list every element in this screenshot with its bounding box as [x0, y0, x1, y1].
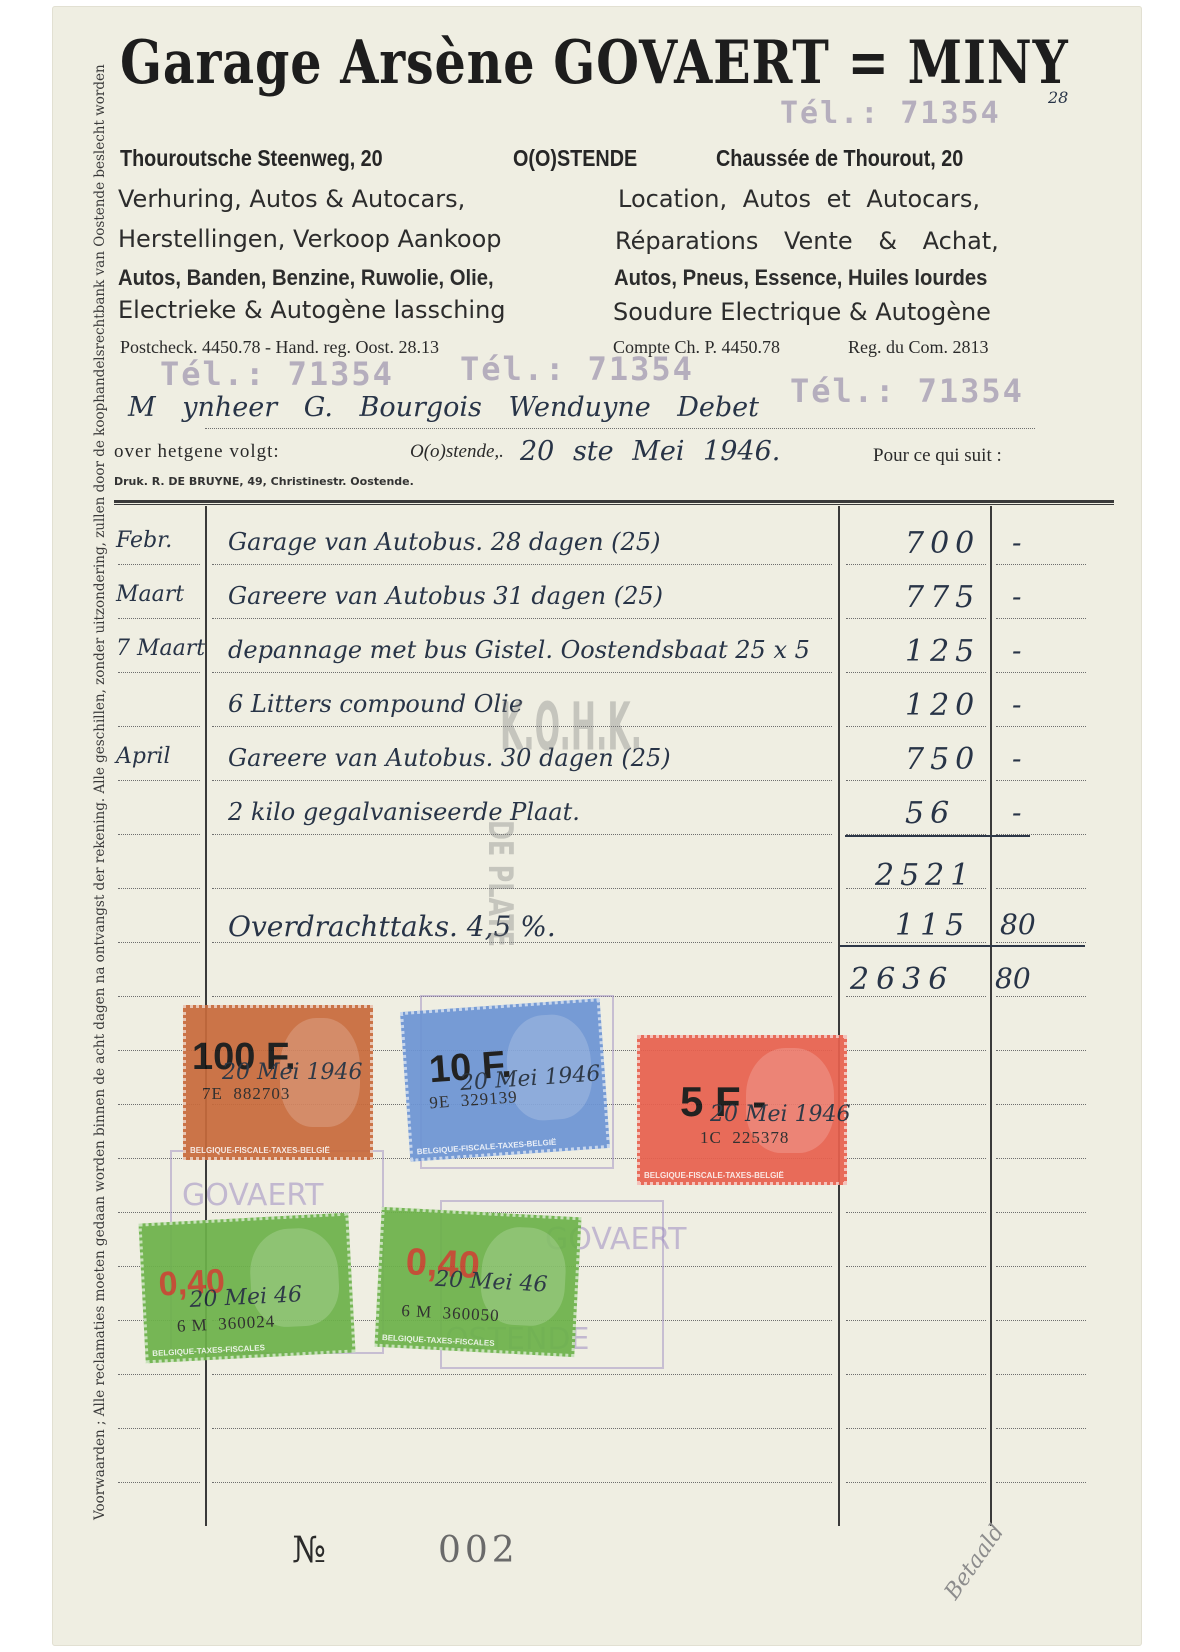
side-conditions: Voorwaarden ; Alle reclamaties moeten ge…	[92, 520, 108, 1520]
stamp-serial: 1C 225378	[700, 1128, 789, 1148]
stamp-serial: 6 M 360050	[401, 1301, 500, 1326]
label-fr: Pour ce qui suit :	[873, 445, 1002, 467]
tax-amount: 115	[895, 908, 970, 943]
stamp-cancel-handwriting: 20 Mei 1946	[710, 1102, 851, 1127]
ruled-line	[996, 1158, 1086, 1159]
service-line: Réparations Vente & Achat,	[615, 227, 999, 255]
ruled-line	[118, 618, 200, 619]
stamp-serial-number: 882703	[233, 1084, 290, 1103]
ruled-line	[996, 1212, 1086, 1213]
phone-stamp: Tél.: 71354	[160, 355, 394, 393]
cancel-stamp-text: GOVAERT	[182, 1178, 323, 1213]
subtotal-rule	[845, 835, 1030, 837]
service-line: Autos, Banden, Benzine, Ruwolie, Olie,	[118, 265, 494, 291]
phone-stamp: Tél.: 71354	[460, 350, 694, 388]
row-month: Febr.	[116, 528, 172, 553]
ruled-line	[846, 1104, 986, 1105]
ruled-line	[996, 618, 1086, 619]
phone-stamp: Tél.: 71354	[780, 96, 1001, 131]
address-nl: Thouroutsche Steenweg, 20	[120, 145, 383, 172]
ruled-line	[118, 888, 200, 889]
ruled-line	[846, 618, 986, 619]
ruled-line	[118, 564, 200, 565]
tax-stamp: 10 F. 9E 329139 20 Mei 1946 BELGIQUE-FIS…	[400, 998, 610, 1162]
ruled-line	[846, 672, 986, 673]
ruled-line	[212, 1428, 832, 1429]
ruled-line	[996, 1482, 1086, 1483]
corner-note: 28	[1048, 88, 1068, 107]
ruled-line	[212, 834, 832, 835]
subtotal-amount: 2521	[875, 858, 975, 893]
ruled-line	[212, 1482, 832, 1483]
stamp-serial-number: 225378	[732, 1128, 789, 1147]
watermark-de-plate: DE PLATE	[481, 820, 520, 947]
ruled-line	[846, 1158, 986, 1159]
ruled-line	[212, 888, 832, 889]
ruled-line	[846, 1428, 986, 1429]
watermark-kohk: K.O.H.K.	[500, 690, 642, 767]
addressee-line	[205, 428, 1035, 429]
row-description: Gareere van Autobus 31 dagen (25)	[228, 582, 663, 610]
column-divider-amount	[838, 506, 840, 1526]
ruled-line	[846, 1482, 986, 1483]
row-cents: -	[1012, 580, 1021, 613]
row-cents: -	[1012, 688, 1021, 721]
ruled-line	[846, 1212, 986, 1213]
stamp-serial: 6 M 360024	[176, 1312, 275, 1337]
row-amount: 775	[905, 580, 980, 615]
ruled-line	[846, 726, 986, 727]
service-line: Soudure Electrique & Autogène	[613, 298, 991, 326]
ruled-line	[996, 1428, 1086, 1429]
row-cents: -	[1012, 742, 1021, 775]
ruled-line	[118, 834, 200, 835]
row-amount: 125	[905, 634, 980, 669]
row-month: April	[116, 744, 171, 769]
ruled-line	[996, 1050, 1086, 1051]
invoice-number: 002	[438, 1530, 519, 1571]
tax-stamp: 0,40 6 M 360024 20 Mei 46 BELGIQUE-TAXES…	[138, 1213, 355, 1364]
ruled-line	[118, 942, 200, 943]
tax-stamp: 100 F. 7E 882703 20 Mei 1946 BELGIQUE-FI…	[183, 1005, 373, 1160]
row-cents: -	[1012, 526, 1021, 559]
total-cents: 80	[995, 962, 1031, 995]
service-line: Location, Autos et Autocars,	[618, 185, 980, 213]
row-month: 7 Maart	[116, 636, 205, 661]
ruled-line	[996, 1374, 1086, 1375]
place: O(o)stende,.	[410, 441, 504, 463]
service-line: Autos, Pneus, Essence, Huiles lourdes	[614, 265, 987, 291]
ruled-line	[996, 780, 1086, 781]
ruled-line	[996, 942, 1086, 943]
ruled-line	[996, 996, 1086, 997]
row-amount: 700	[905, 526, 980, 561]
addressee-handwritten: M ynheer G. Bourgois Wenduyne Debet	[128, 392, 759, 423]
stamp-serial-prefix: 6 M	[401, 1301, 433, 1322]
ruled-line	[212, 618, 832, 619]
row-description: Garage van Autobus. 28 dagen (25)	[228, 528, 660, 556]
table-top-rule	[114, 500, 1114, 503]
row-amount: 750	[905, 742, 980, 777]
stamp-serial-prefix: 1C	[700, 1128, 722, 1147]
stamp-serial-prefix: 6 M	[176, 1315, 208, 1336]
row-description: depannage met bus Gistel. Oostendsbaat 2…	[228, 636, 810, 664]
stamp-serial: 7E 882703	[202, 1084, 290, 1104]
stamp-cancel-handwriting: 20 Mei 1946	[222, 1060, 363, 1085]
stamp-cancel-handwriting: 20 Mei 46	[434, 1267, 548, 1298]
printer-credit: Druk. R. DE BRUYNE, 49, Christinestr. Oo…	[114, 475, 414, 488]
ruled-line	[846, 780, 986, 781]
ruled-line	[996, 1320, 1086, 1321]
stamp-footer-text: BELGIQUE-FISCALE-TAXES-BELGIË	[644, 1171, 840, 1180]
row-amount: 56	[905, 796, 955, 831]
stamp-serial-number: 360050	[442, 1303, 500, 1325]
ruled-line	[996, 564, 1086, 565]
ruled-line	[996, 888, 1086, 889]
service-line: Herstellingen, Verkoop Aankoop	[118, 225, 501, 253]
total-rule	[840, 945, 1085, 947]
ruled-line	[212, 672, 832, 673]
ruled-line	[118, 780, 200, 781]
ruled-line	[996, 1104, 1086, 1105]
ruled-line	[118, 1374, 200, 1375]
tax-stamp: 0,40 6 M 360050 20 Mei 46 BELGIQUE-TAXES…	[374, 1207, 581, 1357]
row-description: 6 Litters compound Olie	[228, 690, 523, 718]
ruled-line	[118, 726, 200, 727]
registration-fr-right: Reg. du Com. 2813	[848, 337, 989, 358]
ruled-line	[118, 1428, 200, 1429]
city: O(O)STENDE	[513, 145, 637, 172]
ruled-line	[212, 1374, 832, 1375]
ruled-line	[996, 1266, 1086, 1267]
label-nl: over hetgene volgt:	[114, 441, 280, 463]
tax-cents: 80	[1000, 908, 1036, 941]
address-fr: Chaussée de Thourout, 20	[716, 145, 963, 172]
table-top-rule-thin	[114, 504, 1114, 505]
ruled-line	[996, 672, 1086, 673]
phone-stamp: Tél.: 71354	[790, 372, 1024, 410]
row-description: 2 kilo gegalvaniseerde Plaat.	[228, 798, 580, 826]
stamp-serial-prefix: 7E	[202, 1084, 223, 1103]
stamp-serial-prefix: 9E	[429, 1092, 451, 1112]
stamp-serial-number: 360024	[218, 1312, 276, 1334]
service-line: Verhuring, Autos & Autocars,	[118, 185, 465, 213]
row-month: Maart	[116, 582, 184, 607]
ruled-line	[212, 564, 832, 565]
row-cents: -	[1012, 634, 1021, 667]
ruled-line	[846, 1374, 986, 1375]
ruled-line	[118, 672, 200, 673]
ruled-line	[846, 1266, 986, 1267]
total-amount: 2636	[850, 962, 954, 997]
row-amount: 120	[905, 688, 980, 723]
ruled-line	[846, 564, 986, 565]
number-label: №	[292, 1530, 326, 1571]
ruled-line	[118, 1482, 200, 1483]
ruled-line	[118, 996, 200, 997]
company-title: Garage Arsène GOVAERT = MINY	[120, 28, 1069, 98]
service-line: Electrieke & Autogène lassching	[118, 296, 506, 324]
ruled-line	[846, 1320, 986, 1321]
date-handwritten: 20 ste Mei 1946.	[520, 436, 780, 467]
column-divider-cents	[990, 506, 992, 1526]
ruled-line	[212, 780, 832, 781]
ruled-line	[846, 1050, 986, 1051]
stamp-footer-text: BELGIQUE-FISCALE-TAXES-BELGIË	[190, 1146, 366, 1155]
tax-stamp: 5 F - 1C 225378 20 Mei 1946 BELGIQUE-FIS…	[637, 1035, 847, 1185]
ruled-line	[996, 726, 1086, 727]
row-cents: -	[1012, 796, 1021, 829]
